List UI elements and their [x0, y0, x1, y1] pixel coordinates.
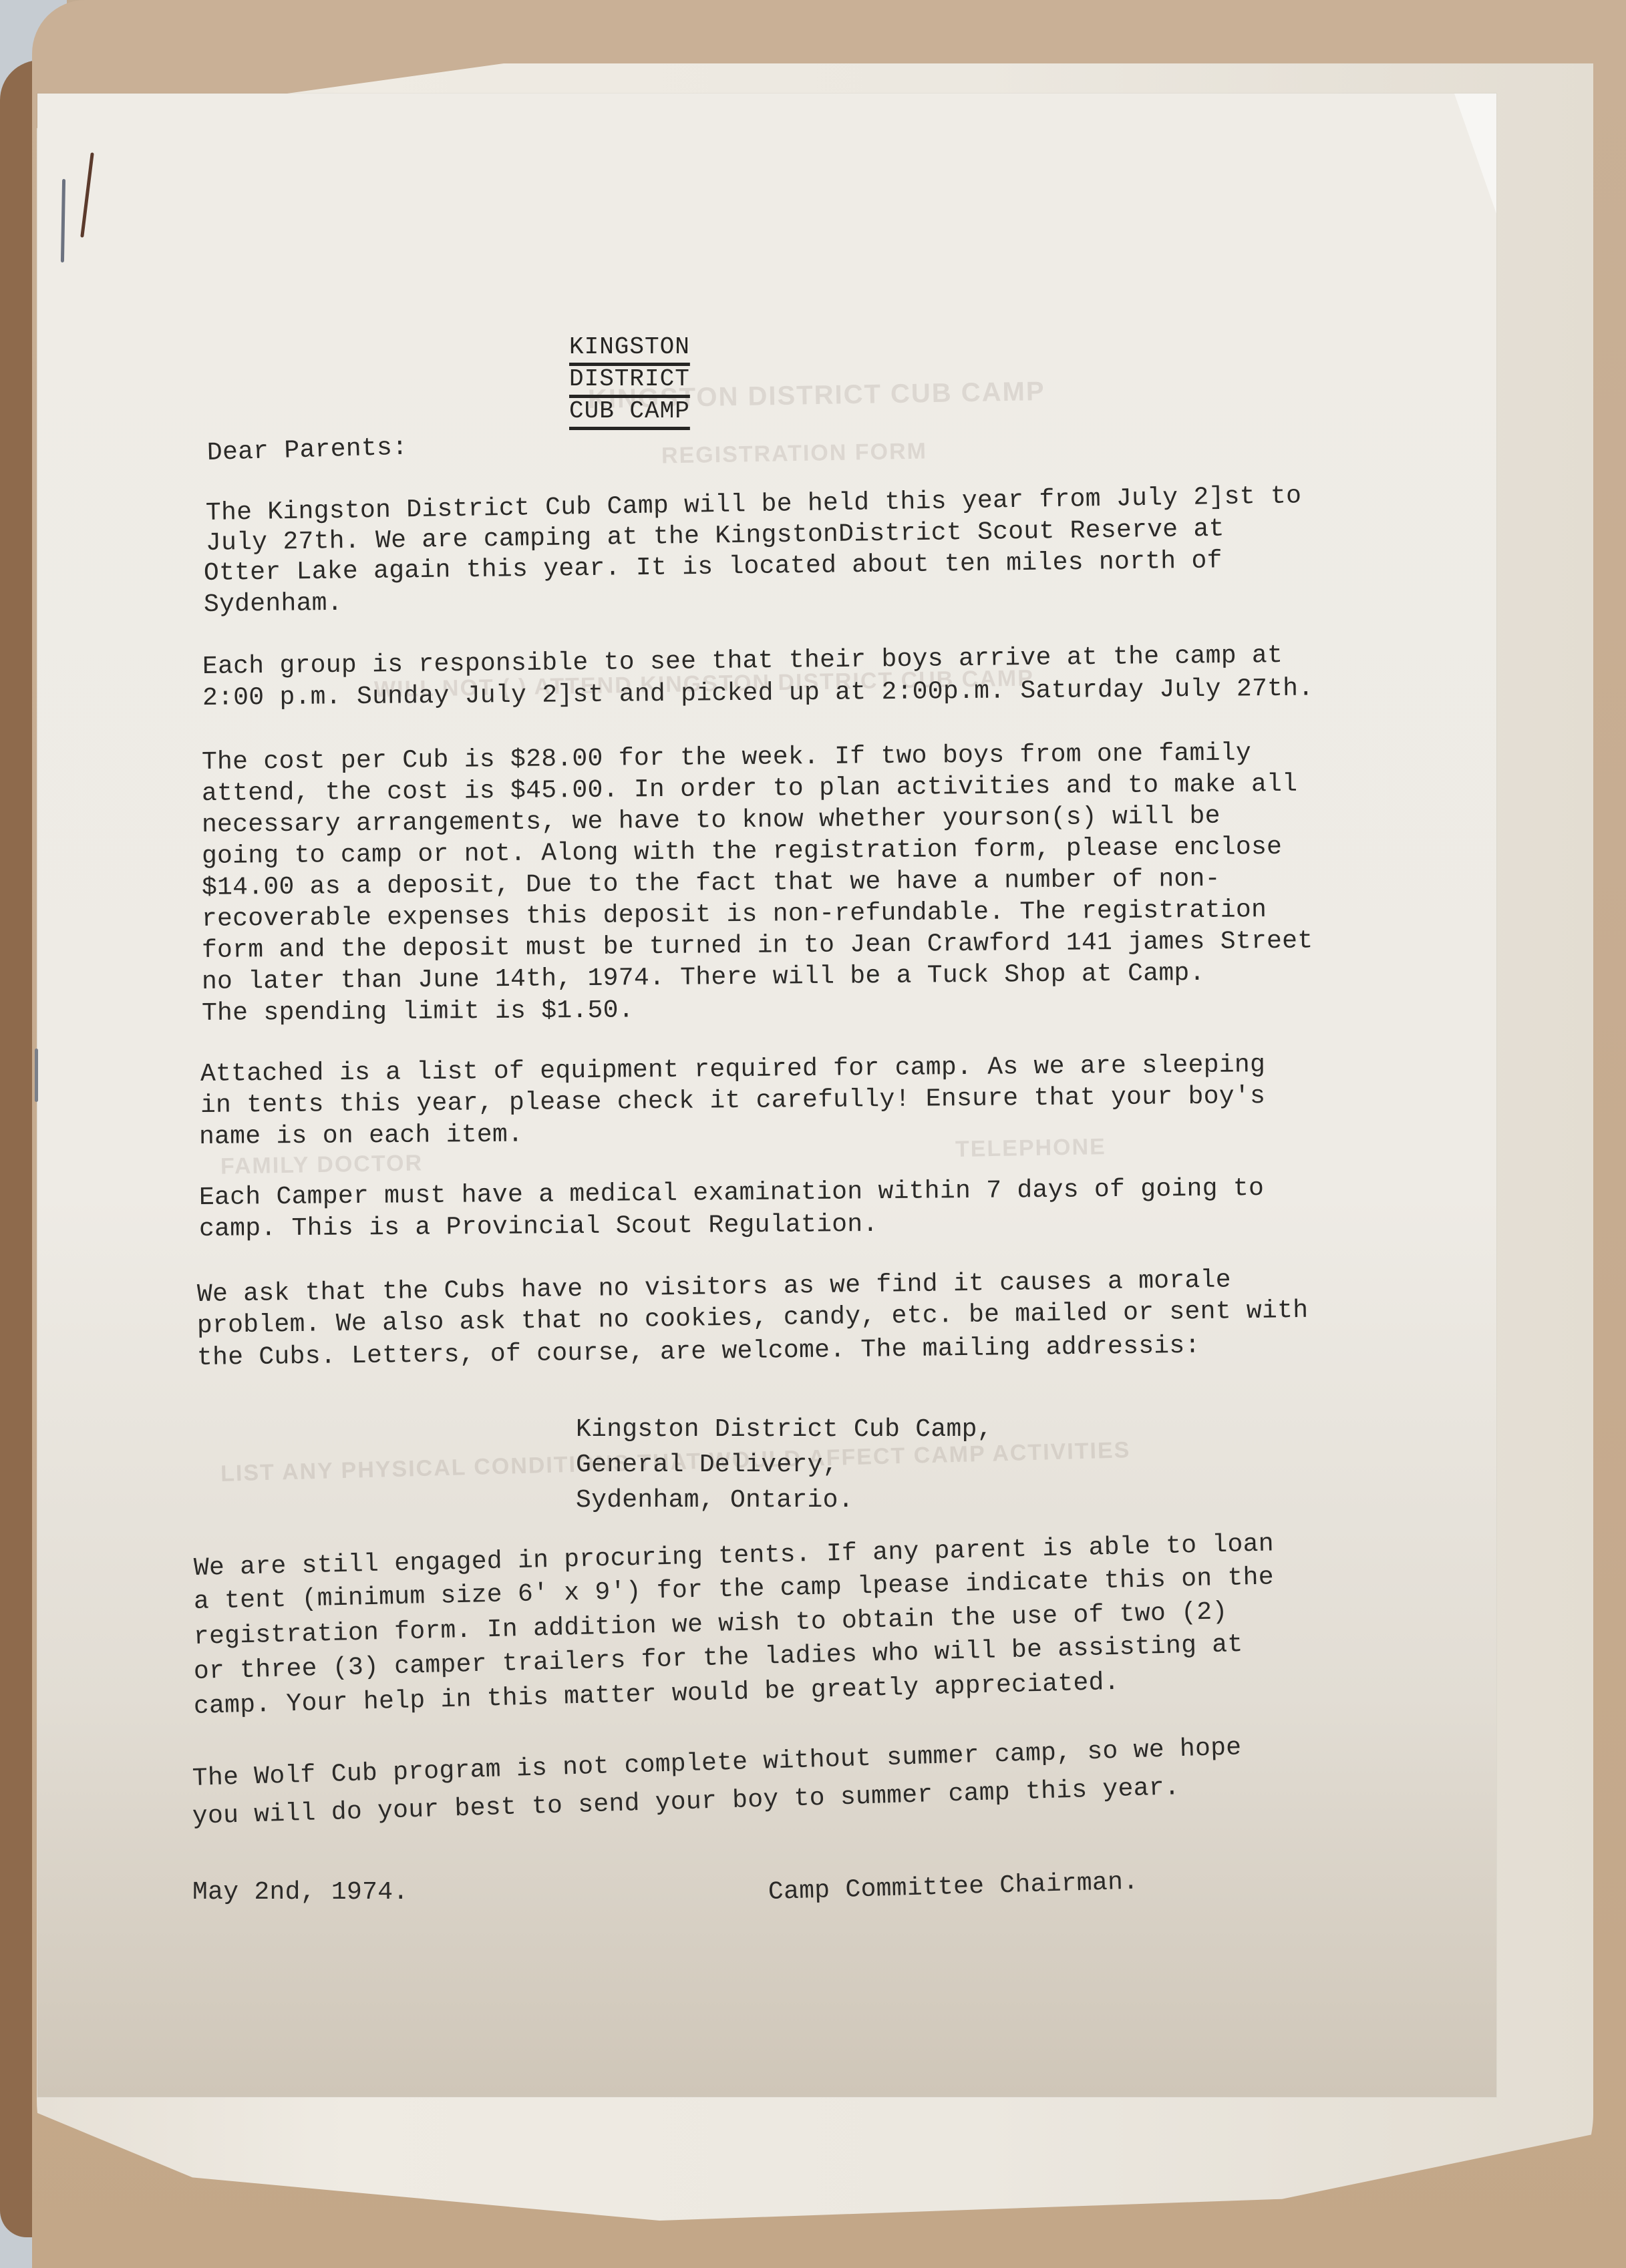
- address-line: Sydenham, Ontario.: [576, 1485, 854, 1517]
- paragraph-line: name is on each item.: [199, 1119, 524, 1153]
- show-through-text: FAMILY DOCTOR: [220, 1150, 424, 1179]
- letter-title: KINGSTON DISTRICT CUB CAMP: [569, 331, 690, 427]
- paragraph-line: The spending limit is $1.50.: [202, 994, 634, 1030]
- show-through-text: TELEPHONE: [955, 1134, 1106, 1163]
- address-line: General Delivery,: [576, 1449, 838, 1481]
- staple-mark: [35, 1049, 38, 1102]
- show-through-text: REGISTRATION FORM: [661, 439, 928, 469]
- folded-corner: [1450, 93, 1496, 214]
- letter-date: May 2nd, 1974.: [192, 1877, 408, 1909]
- paragraph-line: camp. This is a Provincial Scout Regulat…: [199, 1209, 878, 1246]
- salutation: Dear Parents:: [206, 432, 408, 469]
- address-line: Kingston District Cub Camp,: [576, 1414, 993, 1446]
- paragraph-line: Sydenham.: [204, 588, 343, 621]
